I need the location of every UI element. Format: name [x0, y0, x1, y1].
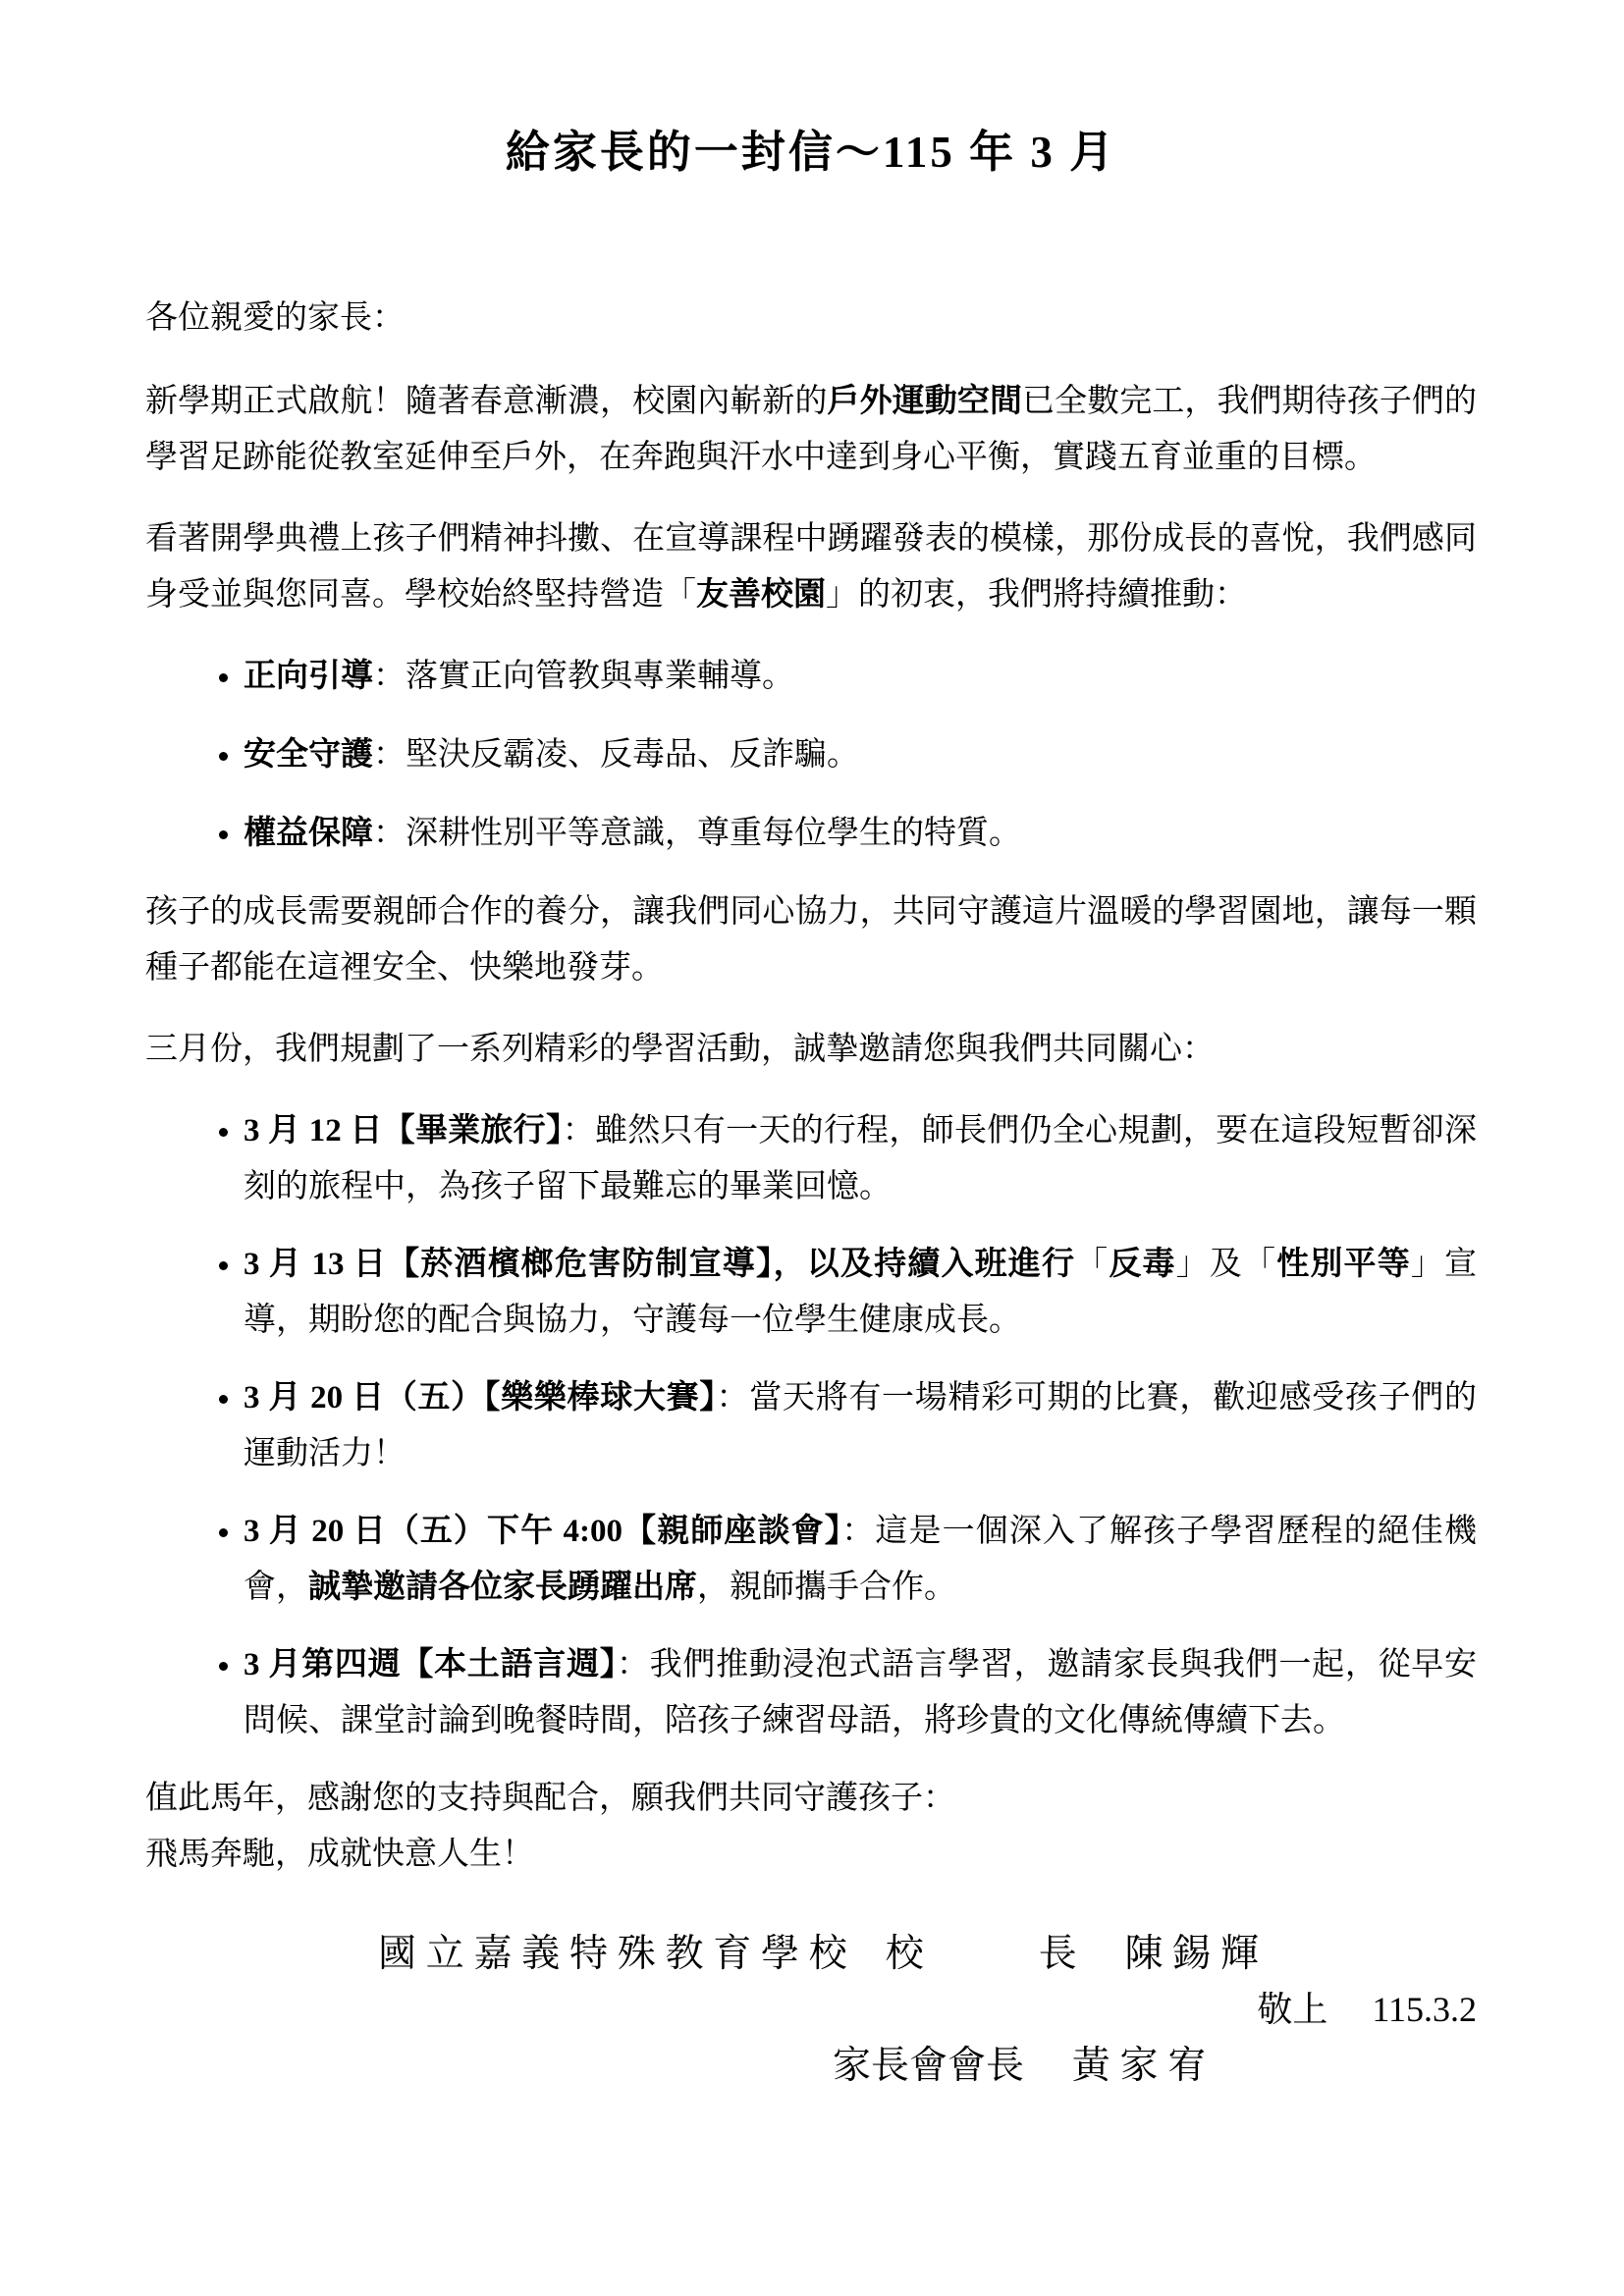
list-item-positive-guidance: 正向引導：落實正向管教與專業輔導。 — [244, 649, 1477, 705]
paragraph-intro-2: 看著開學典禮上孩子們精神抖擻、在宣導課程中踴躍發表的模樣，那份成長的喜悅，我們感… — [145, 511, 1477, 623]
paragraph-intro-1: 新學期正式啟航！隨著春意漸濃，校園內嶄新的戶外運動空間已全數完工，我們期待孩子們… — [145, 374, 1477, 486]
list-item-parent-teacher-meeting: 3 月 20 日（五）下午 4:00【親師座談會】：這是一個深入了解孩子學習歷程… — [244, 1504, 1477, 1616]
closing-line-1: 值此馬年，感謝您的支持與配合，願我們共同守護孩子： — [145, 1771, 1477, 1827]
salutation: 各位親愛的家長： — [145, 291, 1477, 347]
list-item-tobacco-prevention: 3 月 13 日【菸酒檳榔危害防制宣導】，以及持續入班進行「反毒」及「性別平等」… — [244, 1237, 1477, 1349]
care-bullet-list: 正向引導：落實正向管教與專業輔導。 安全守護：堅決反霸凌、反毒品、反詐騙。 權益… — [145, 649, 1477, 862]
list-item-native-language-week: 3 月第四週【本土語言週】：我們推動浸泡式語言學習，邀請家長與我們一起，從早安問… — [244, 1637, 1477, 1749]
list-item-graduation-trip: 3 月 12 日【畢業旅行】：雖然只有一天的行程，師長們仍全心規劃，要在這段短暫… — [244, 1103, 1477, 1215]
letter-page: 給家長的一封信～115 年 3 月 各位親愛的家長： 新學期正式啟航！隨著春意漸… — [0, 0, 1624, 2296]
events-bullet-list: 3 月 12 日【畢業旅行】：雖然只有一天的行程，師長們仍全心規劃，要在這段短暫… — [145, 1103, 1477, 1749]
closing-line-2: 飛馬奔馳，成就快意人生！ — [145, 1827, 1477, 1883]
letter-content: 給家長的一封信～115 年 3 月 各位親愛的家長： 新學期正式啟航！隨著春意漸… — [0, 0, 1624, 2153]
list-item-rights-guarantee: 權益保障：深耕性別平等意識，尊重每位學生的特質。 — [244, 806, 1477, 862]
signature-parent-association-line: 家長會會長 黃 家 宥 — [145, 2038, 1477, 2094]
paragraph-growth: 孩子的成長需要親師合作的養分，讓我們同心協力，共同守護這片溫暖的學習園地，讓每一… — [145, 884, 1477, 996]
closing-paragraph: 值此馬年，感謝您的支持與配合，願我們共同守護孩子： 飛馬奔馳，成就快意人生！ — [145, 1771, 1477, 1883]
signature-date-line: 敬上 115.3.2 — [145, 1982, 1477, 2038]
list-item-safety-protection: 安全守護：堅決反霸凌、反毒品、反詐騙。 — [244, 727, 1477, 783]
signature-school-principal-line: 國 立 嘉 義 特 殊 教 育 學 校 校 長 陳 錫 輝 — [145, 1926, 1477, 1982]
signature-block: 國 立 嘉 義 特 殊 教 育 學 校 校 長 陳 錫 輝 敬上 115.3.2… — [145, 1926, 1477, 2094]
list-item-tball-game: 3 月 20 日（五）【樂樂棒球大賽】：當天將有一場精彩可期的比賽，歡迎感受孩子… — [244, 1370, 1477, 1482]
paragraph-march-intro: 三月份，我們規劃了一系列精彩的學習活動，誠摯邀請您與我們共同關心： — [145, 1022, 1477, 1078]
letter-title: 給家長的一封信～115 年 3 月 — [145, 126, 1477, 179]
